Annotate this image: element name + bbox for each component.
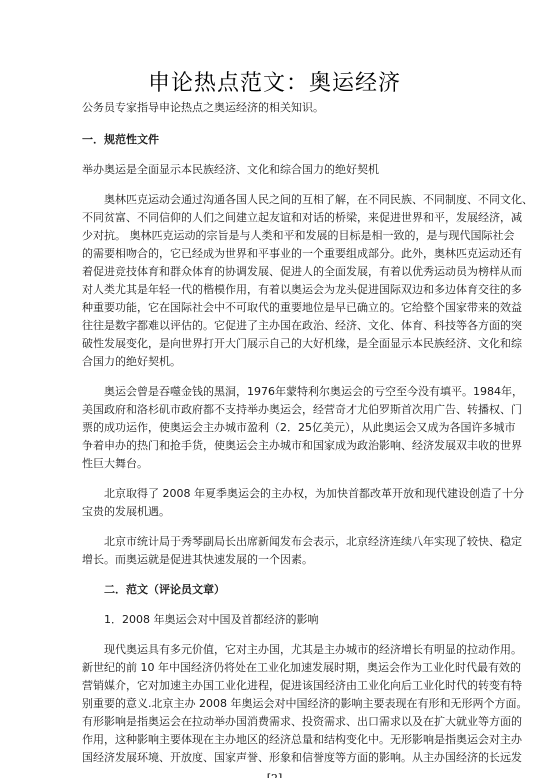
section-heading-2: 二．范文（评论员文章） [104,583,225,597]
paragraph-line: 的需要相吻合的，它已经成为世界和平事业的一个重要组成部分。此外，奥林匹克运动还有 [82,247,522,261]
paragraph-line: 少对抗。 奥林匹克运动的宗旨是与人类和平和发展的目标是相一致的，是与现代国际社会 [82,229,515,243]
paragraph-line: 奥运会曾是吞噬金钱的黑洞，1976年蒙特利尔奥运会的亏空至今没有填平。1984年… [104,385,523,399]
paragraph-line: 合国力的绝好契机。 [82,355,181,369]
paragraph-line: 美国政府和洛杉矶市政府都不支持举办奥运会，经营奇才尤伯罗斯首次用广告、转播权、门 [82,403,522,417]
page-number: [2] [0,772,549,778]
paragraph-line: 性巨大舞台。 [82,457,148,471]
paragraph-line: 新世纪的前 10 年中国经济仍将处在工业化加速发展时期，奥运会作为工业化时代最有… [82,661,521,675]
paragraph-line: 增长。而奥运就是促进其快速发展的一个因素。 [82,553,313,567]
paragraph-line: 北京市统计局于秀琴副局长出席新闻发布会表示，北京经济连续八年实现了较快、稳定 [104,535,522,549]
intro-text: 公务员专家指导申论热点之奥运经济的相关知识。 [82,101,324,115]
paragraph-line: 不同贫富、不同信仰的人们之间建立起友谊和对话的桥梁，来促进世界和平，发展经济，减 [82,211,522,225]
paragraph-line: 奥林匹克运动会通过沟通各国人民之间的互相了解，在不同民族、不同制度、不同文化、 [104,193,533,207]
document-page: 申论热点范文：奥运经济 公务员专家指导申论热点之奥运经济的相关知识。 一．规范性… [0,0,549,778]
paragraph-line: 票的成功运作，使奥运会主办城市盈利（2．25亿美元），从此奥运会又成为各国许多城… [82,421,516,435]
section-heading-1: 一．规范性文件 [82,133,159,147]
paragraph-line: 北京取得了 2008 年夏季奥运会的主办权，为加快首都改革开放和现代建设创造了十… [104,487,524,501]
paragraph-line: 宝贵的发展机遇。 [82,505,170,519]
paragraph-line: 着促进竞技体育和群众体育的协调发展、促进人的全面发展，有着以优秀运动员为榜样从而 [82,265,522,279]
paragraph-line: 国经济发展环境、开放度、国家声誉、形象和信誉度等方面的影响。从主办国经济的长远发 [82,751,522,765]
section-subheading-1: 举办奥运是全面显示本民族经济、文化和综合国力的绝好契机 [82,163,379,177]
paragraph-line: 营销媒介，它对加速主办国工业化进程，促进该国经济由工业化向后工业化时代的转变有特 [82,679,522,693]
paragraph-line: 作用，这种影响主要体现在主办地区的经济总量和结构变化中。无形影响是指奥运会对主办 [82,733,522,747]
paragraph-line: 种重要功能，它在国际社会中不可取代的重要地位是早已确立的。它给整个国家带来的效益 [82,301,522,315]
paragraph-line: 现代奥运具有多元价值，它对主办国，尤其是主办城市的经济增长有明显的拉动作用。 [104,643,522,657]
paragraph-line: 破性发展变化，是向世界打开大门展示自己的大好机缘，是全面显示本民族经济、文化和综 [82,337,522,351]
page-title: 申论热点范文：奥运经济 [0,66,549,97]
paragraph-line: 别重要的意义.北京主办 2008 年奥运会对中国经济的影响主要表现在有形和无形两… [82,697,527,711]
section-subheading-2: 1．2008 年奥运会对中国及首都经济的影响 [104,613,319,627]
paragraph-line: 有形影响是指奥运会在拉动举办国消费需求、投资需求、出口需求以及在扩大就业等方面的 [82,715,522,729]
paragraph-line: 往往是数字都难以评估的。它促进了主办国在政治、经济、文化、体育、科技等各方面的突 [82,319,522,333]
paragraph-line: 对人类尤其是年轻一代的楷模作用，有着以奥运会为龙头促进国际双边和多边体育交往的多 [82,283,522,297]
paragraph-line: 争着申办的热门和抢手货，使奥运会主办城市和国家成为政治影响、经济发展双丰收的世界 [82,439,522,453]
